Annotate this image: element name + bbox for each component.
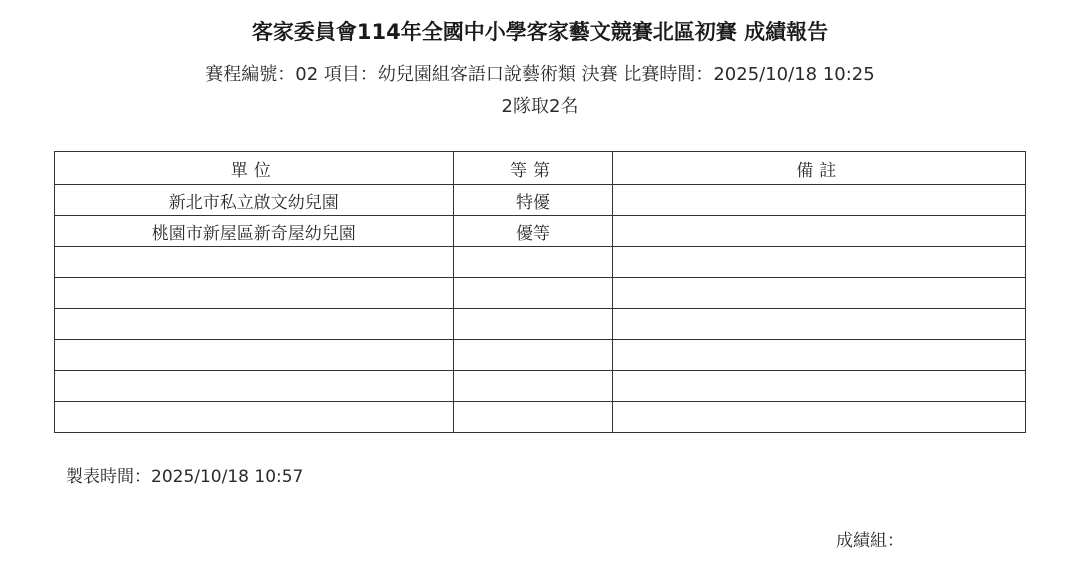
- cell-note: [613, 216, 1026, 247]
- cell-unit: [55, 247, 454, 278]
- cell-grade: [453, 278, 613, 309]
- cell-note: [613, 340, 1026, 371]
- column-header-note: 備註: [613, 152, 1026, 185]
- cell-note: [613, 371, 1026, 402]
- table-row: [55, 402, 1026, 433]
- cell-unit: [55, 278, 454, 309]
- table-row: [55, 309, 1026, 340]
- results-table: 單位 等第 備註 新北市私立啟文幼兒園 特優 桃園市新屋區新奇屋幼兒園 優等: [54, 151, 1026, 433]
- cell-note: [613, 309, 1026, 340]
- cell-note: [613, 402, 1026, 433]
- cell-grade: [453, 402, 613, 433]
- cell-grade: 特優: [453, 185, 613, 216]
- column-header-grade: 等第: [453, 152, 613, 185]
- cell-note: [613, 185, 1026, 216]
- table-row: 新北市私立啟文幼兒園 特優: [55, 185, 1026, 216]
- table-row: [55, 278, 1026, 309]
- cell-grade: [453, 309, 613, 340]
- cell-unit: 桃園市新屋區新奇屋幼兒園: [55, 216, 454, 247]
- cell-unit: [55, 402, 454, 433]
- table-header-row: 單位 等第 備註: [55, 152, 1026, 185]
- cell-unit: 新北市私立啟文幼兒園: [55, 185, 454, 216]
- cell-grade: [453, 340, 613, 371]
- cell-grade: 優等: [453, 216, 613, 247]
- table-row: 桃園市新屋區新奇屋幼兒園 優等: [55, 216, 1026, 247]
- score-team-signoff: 成績組：: [836, 526, 904, 551]
- cell-grade: [453, 371, 613, 402]
- table-row: [55, 371, 1026, 402]
- report-made-time: 製表時間：2025/10/18 10:57: [66, 462, 303, 487]
- column-header-unit: 單位: [55, 152, 454, 185]
- event-info: 賽程編號：02 項目：幼兒園組客語口說藝術類 決賽 比賽時間：2025/10/1…: [0, 60, 1080, 86]
- cell-unit: [55, 371, 454, 402]
- report-title: 客家委員會114年全國中小學客家藝文競賽北區初賽 成績報告: [0, 16, 1080, 46]
- cell-unit: [55, 309, 454, 340]
- cell-note: [613, 247, 1026, 278]
- table-row: [55, 247, 1026, 278]
- cell-unit: [55, 340, 454, 371]
- cell-note: [613, 278, 1026, 309]
- cell-grade: [453, 247, 613, 278]
- table-row: [55, 340, 1026, 371]
- quota-info: 2隊取2名: [0, 92, 1080, 118]
